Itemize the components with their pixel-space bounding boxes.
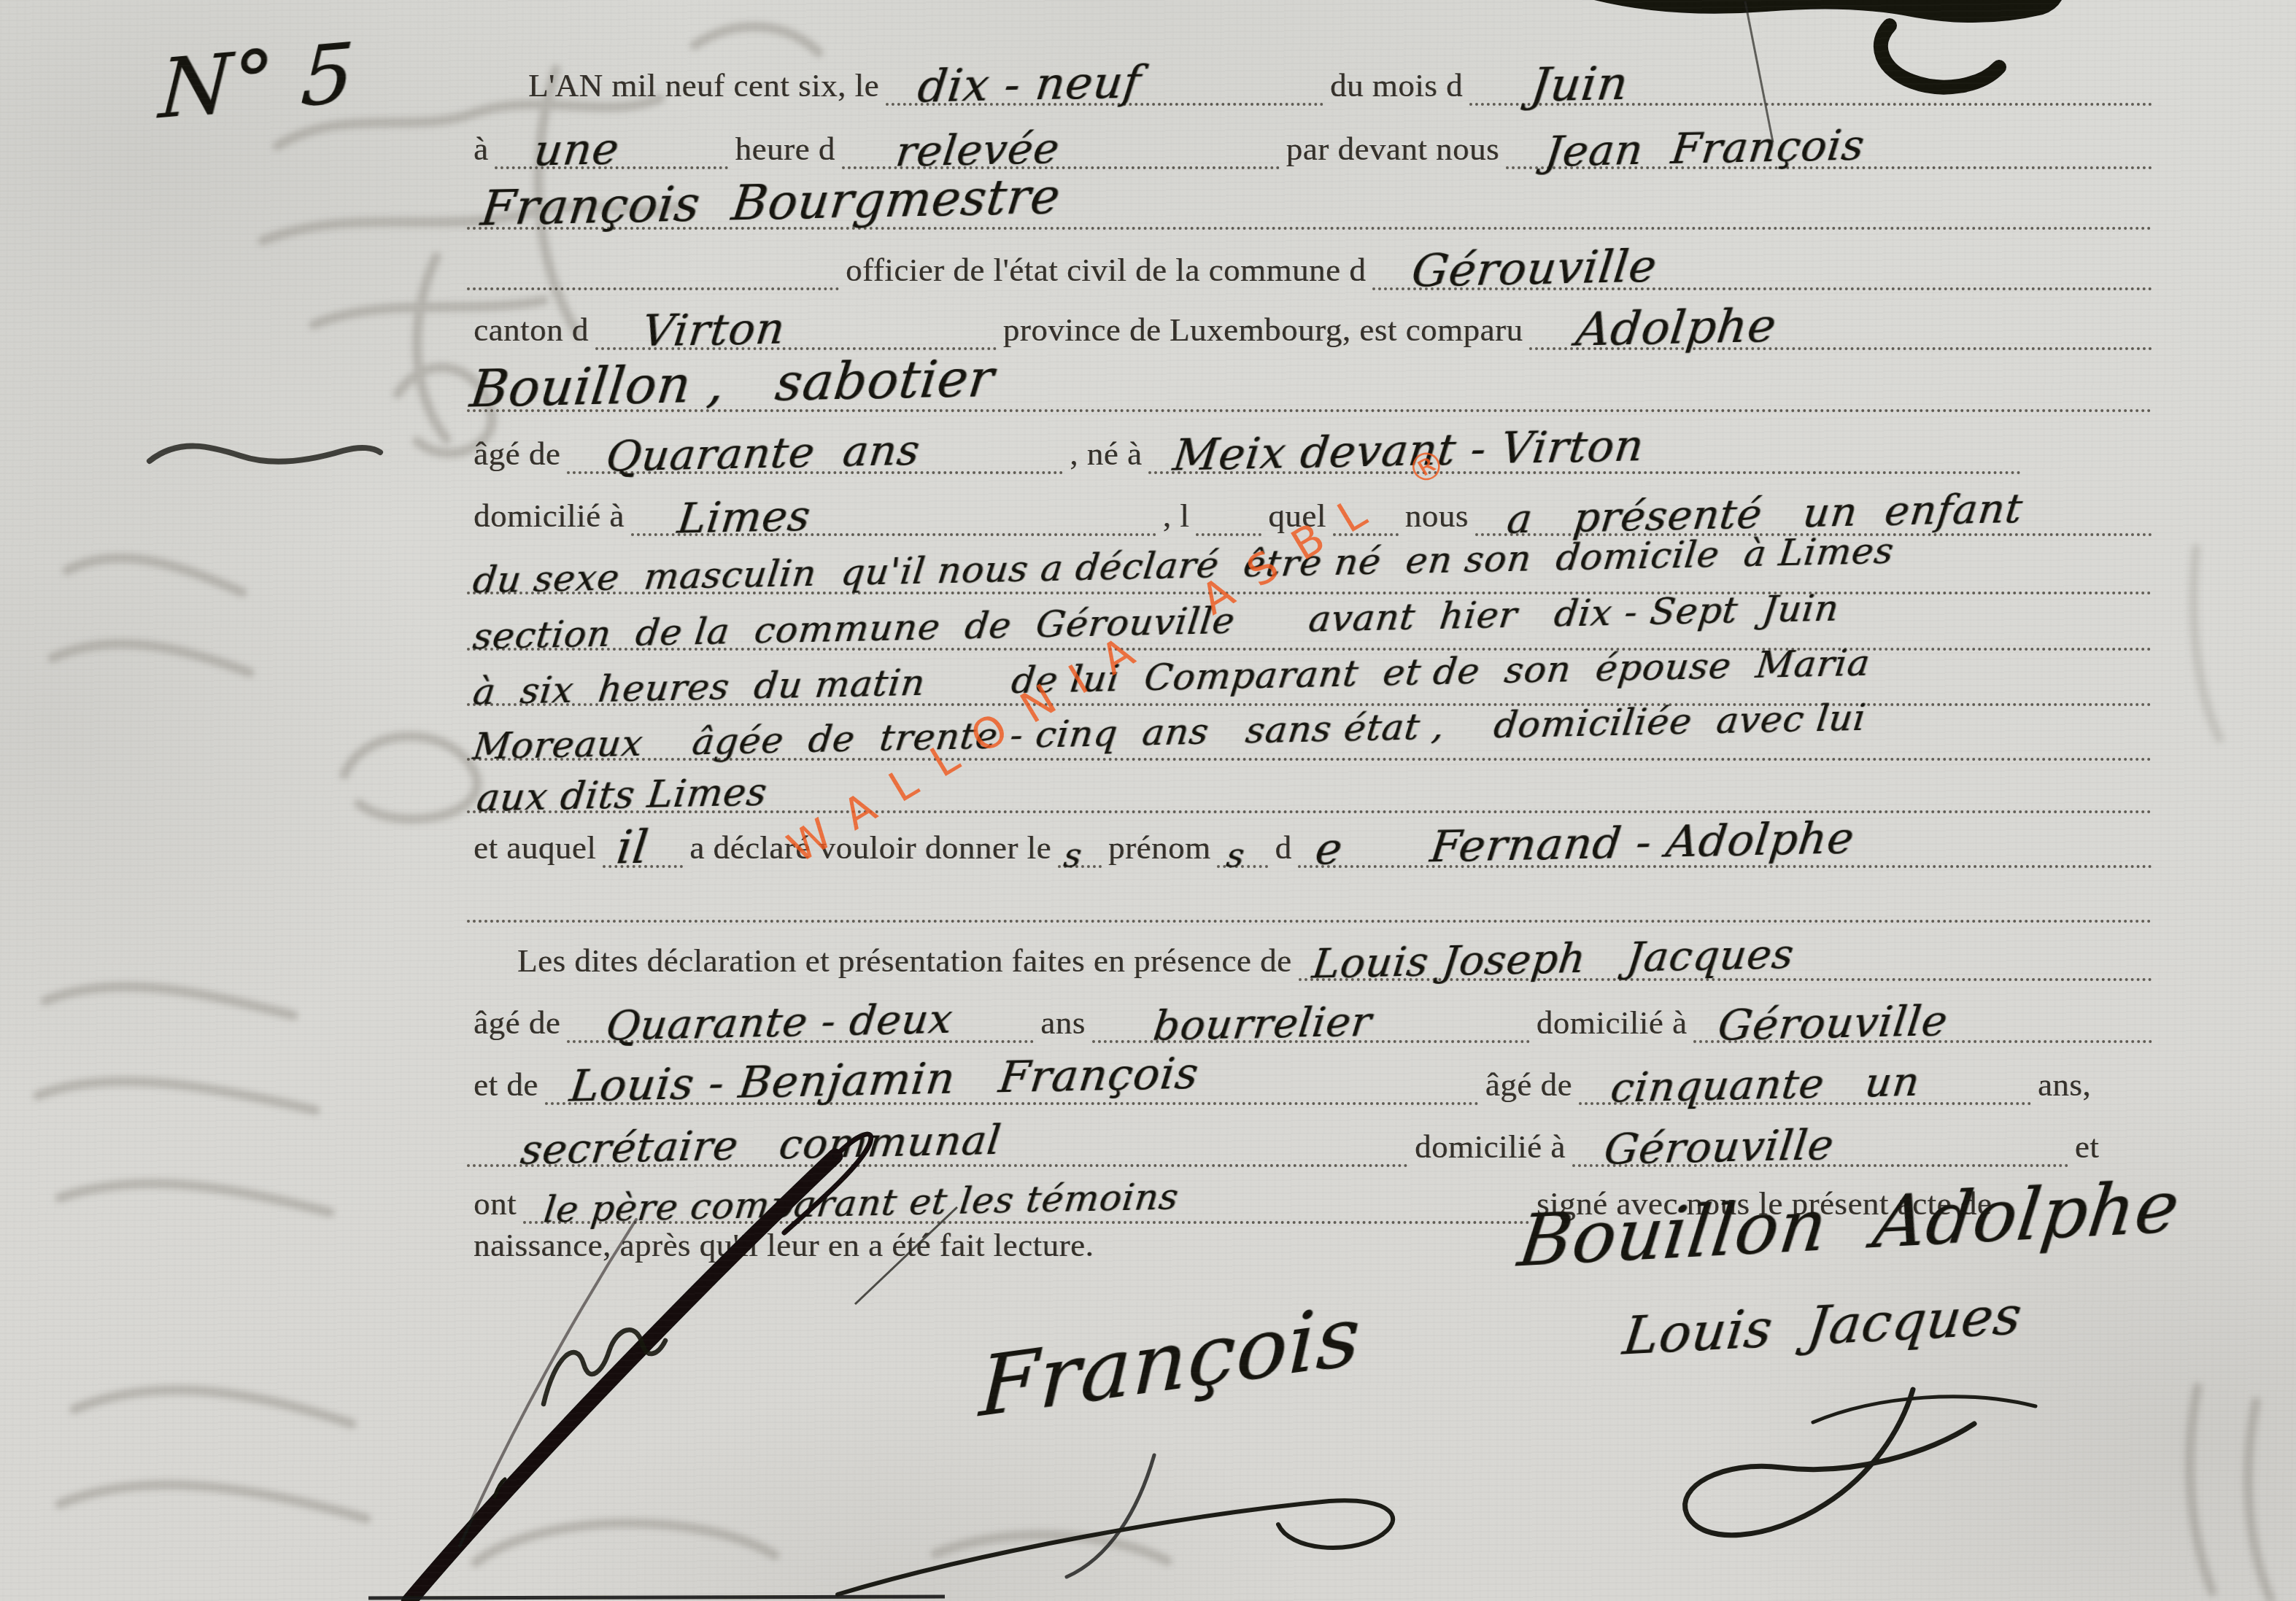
form-line-6: Bouillon , sabotier: [467, 371, 2152, 412]
handwritten-entry: s: [1224, 835, 1247, 875]
printed-text: , né à: [1063, 433, 1148, 474]
handwritten-entry: Gérouville: [1715, 996, 1950, 1050]
form-line-16: Les dites déclaration et présentation fa…: [511, 940, 2152, 981]
entry-slot: Quarante ans: [567, 432, 1063, 474]
form-line-3: François Bourgmestre: [467, 189, 2152, 230]
entry-slot: secrétaire communal: [467, 1125, 1408, 1167]
handwritten-entry: le père comparant et les témoins: [541, 1176, 1181, 1231]
form-line-11: à six heures du matin de lui Comparant e…: [467, 665, 2152, 706]
form-line-18: et deLouis - Benjamin Françoisâgé decinq…: [467, 1064, 2152, 1105]
form-line-13: aux dits Limes: [467, 772, 2152, 813]
entry-slot: Gérouville: [1693, 1001, 2152, 1043]
entry-slot: Quarante - deux: [567, 1001, 1034, 1043]
entry-slot: Adolphe: [1529, 308, 2152, 350]
printed-text: domicilié à: [1408, 1126, 1572, 1167]
entry-slot: dix - neuf: [886, 63, 1323, 106]
act-number-text: N° 5: [157, 26, 357, 137]
blank-dotted-line: [1196, 494, 1261, 536]
top-right-ink-blob: [1594, 0, 2062, 23]
printed-text: et de: [467, 1064, 545, 1105]
entry-slot: Gérouville: [1372, 248, 2152, 290]
blank-dotted-line: [1333, 494, 1399, 536]
entry-slot: relevée: [842, 127, 1280, 169]
entry-slot: Bouillon , sabotier: [467, 370, 2152, 412]
entry-slot: e Fernand - Adolphe: [1298, 826, 2152, 868]
printed-text: âgé de: [467, 433, 567, 474]
form-line-17: âgé deQuarante - deuxansbourrelierdomici…: [467, 1002, 2152, 1043]
blank-dotted-line: [467, 880, 2152, 923]
handwritten-entry: e Fernand - Adolphe: [1313, 813, 1857, 875]
entry-slot: il: [603, 826, 683, 868]
printed-text: d: [1268, 827, 1298, 868]
handwritten-entry: Louis Joseph Jacques: [1310, 931, 1796, 988]
handwritten-entry: Quarante - deux: [603, 996, 955, 1050]
paraph-squiggle: [544, 1330, 665, 1404]
printed-text: heure d: [728, 128, 841, 169]
entry-slot: section de la commune de Gérouville avan…: [467, 608, 2152, 651]
handwritten-entry: Adolphe: [1573, 299, 1779, 357]
handwritten-entry: une: [531, 124, 622, 177]
handwritten-entry: dix - neuf: [915, 55, 1144, 113]
entry-slot: une: [495, 127, 728, 169]
entry-slot: Meix devant - Virton: [1148, 432, 2021, 474]
handwritten-entry: Gérouville: [1601, 1120, 1836, 1174]
entry-slot: bourrelier: [1092, 1001, 1530, 1043]
entry-slot: du sexe masculin qu'il nous a déclaré êt…: [467, 552, 2152, 594]
handwritten-entry: François Bourgmestre: [478, 168, 1063, 237]
form-line-10: section de la commune de Gérouville avan…: [467, 610, 2152, 651]
printed-text: Les dites déclaration et présentation fa…: [511, 940, 1299, 981]
form-line-1: L'AN mil neuf cent six, ledix - neufdu m…: [522, 65, 2152, 106]
handwritten-entry: Virton: [639, 303, 788, 357]
handwritten-entry: Juin: [1528, 57, 1631, 113]
signature-bouillon-adolphe: Bouillon Adolphe: [1514, 1200, 2168, 1283]
printed-text: à: [467, 128, 495, 169]
entry-slot: Jean François: [1506, 127, 2152, 169]
printed-text: a déclaré vouloir donner le: [683, 827, 1058, 868]
entry-slot: Virton: [595, 308, 997, 350]
act-number: N° 5: [157, 42, 350, 137]
entry-slot: a présenté un enfant: [1475, 494, 2152, 536]
entry-slot: à six heures du matin de lui Comparant e…: [467, 664, 2152, 706]
printed-text: par devant nous: [1280, 128, 1506, 169]
signature-louis-jacques: Louis Jacques: [1620, 1306, 2014, 1367]
printed-text: domicilié à: [1530, 1002, 1694, 1043]
handwritten-entry: relevée: [893, 123, 1062, 177]
printed-text: officier de l'état civil de la commune d: [839, 249, 1372, 290]
printed-text: , l: [1156, 495, 1197, 536]
printed-text: canton d: [467, 309, 595, 350]
handwritten-entry: bourrelier: [1151, 999, 1375, 1050]
handwritten-entry: Bouillon , sabotier: [467, 349, 997, 419]
handwritten-entry: aux dits Limes: [474, 771, 770, 821]
printed-text: ans: [1034, 1002, 1092, 1043]
printed-text: quel: [1261, 495, 1332, 536]
printed-text: et auquel: [467, 827, 603, 868]
printed-text: ont: [467, 1183, 523, 1224]
form-line-19: secrétaire communaldomicilié àGérouville…: [467, 1126, 2152, 1167]
printed-text: ans,: [2031, 1064, 2098, 1105]
handwritten-entry: Louis - Benjamin François: [567, 1048, 1202, 1112]
handwritten-entry: Gérouville: [1409, 239, 1660, 298]
entry-slot: Louis - Benjamin François: [545, 1063, 1479, 1105]
entry-slot: Gérouville: [1572, 1125, 2068, 1167]
handwritten-entry: Limes: [675, 491, 813, 543]
handwritten-entry: s: [1062, 835, 1084, 875]
handwritten-entry: secrétaire communal: [518, 1117, 1004, 1174]
printed-text: domicilié à: [467, 495, 631, 536]
form-line-15: [467, 882, 2152, 923]
printed-text: âgé de: [1479, 1064, 1579, 1105]
signature-text: François: [978, 1287, 1362, 1436]
printed-text: prénom: [1102, 827, 1217, 868]
handwritten-entry: Quarante ans: [603, 425, 923, 481]
handwritten-entry: cinquante un: [1608, 1058, 1922, 1112]
signature-francois: François: [978, 1338, 1353, 1436]
form-line-7: âgé deQuarante ans, né àMeix devant - Vi…: [467, 433, 2021, 474]
printed-text: province de Luxembourg, est comparu: [997, 309, 1530, 350]
handwritten-entry: Jean François: [1542, 120, 1867, 177]
printed-text: du mois d: [1323, 65, 1469, 106]
entry-slot: le père comparant et les témoins: [523, 1182, 1530, 1224]
form-line-14: et auquelila déclaré vouloir donner lesp…: [467, 827, 2152, 868]
printed-text: naissance, après qu'il leur en a été fai…: [467, 1225, 1100, 1265]
jacques-flourish: [1813, 1397, 2036, 1422]
printed-text: L'AN mil neuf cent six, le: [522, 65, 886, 106]
form-line-12: Moreaux âgée de trente - cinq ans sans é…: [467, 720, 2152, 761]
entry-slot: François Bourgmestre: [467, 187, 2152, 230]
entry-slot: Louis Joseph Jacques: [1299, 939, 2152, 981]
entry-slot: Juin: [1469, 63, 2152, 106]
scanned-birth-record: { "margin": { "act_number": "N° 5", "x":…: [0, 0, 2296, 1601]
form-line-5: canton dVirtonprovince de Luxembourg, es…: [467, 309, 2152, 350]
entry-slot: Moreaux âgée de trente - cinq ans sans é…: [467, 718, 2152, 761]
signature-text: Louis Jacques: [1620, 1285, 2025, 1367]
entry-slot: cinquante un: [1579, 1063, 2031, 1105]
entry-slot: s: [1058, 826, 1102, 868]
form-line-9: du sexe masculin qu'il nous a déclaré êt…: [467, 554, 2152, 594]
blank-dotted-line: [467, 248, 839, 290]
printed-text: âgé de: [467, 1002, 567, 1043]
francois-underline-flourish: [838, 1500, 1393, 1594]
form-line-4: officier de l'état civil de la commune d…: [467, 249, 2152, 290]
printed-text: et: [2068, 1126, 2106, 1167]
entry-slot: s: [1217, 826, 1268, 868]
handwritten-entry: Meix devant - Virton: [1170, 421, 1647, 481]
handwritten-entry: il: [614, 821, 652, 875]
entry-slot: aux dits Limes: [467, 771, 2152, 813]
form-line-8: domicilié àLimes, lquelnousa présenté un…: [467, 495, 2152, 536]
form-line-2: àuneheure drelevéepar devant nousJean Fr…: [467, 128, 2152, 169]
printed-text: nous: [1399, 495, 1475, 536]
margin-squiggle: [150, 446, 380, 462]
entry-slot: Limes: [631, 494, 1156, 536]
